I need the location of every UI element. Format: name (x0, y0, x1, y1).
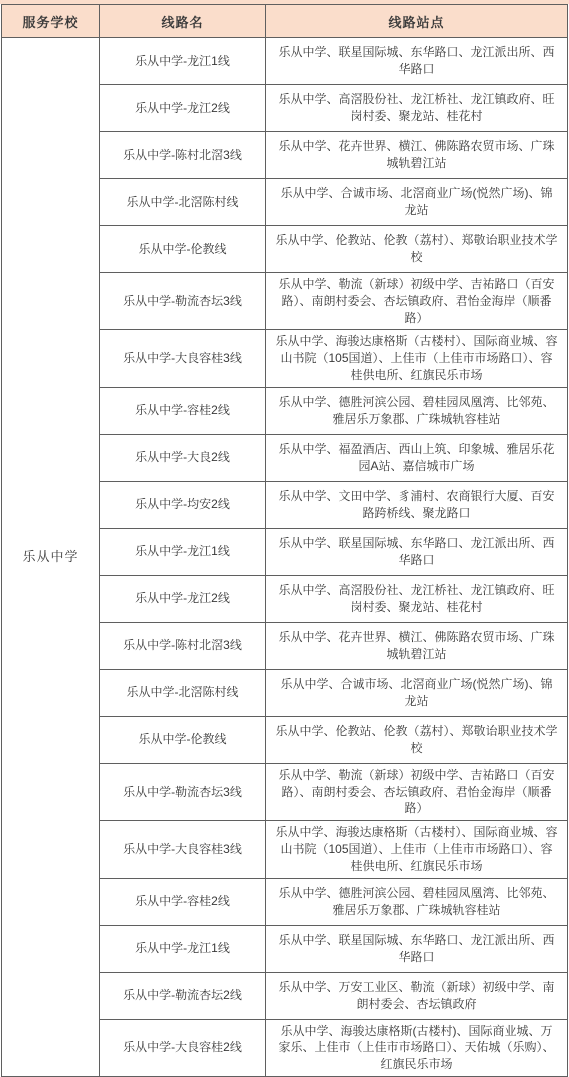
route-stops-cell: 乐从中学、勒流（新球）初级中学、吉祐路口（百安路）、南朗村委会、杏坛镇政府、君怡… (266, 273, 568, 330)
route-name-cell: 乐从中学-均安2线 (100, 481, 266, 528)
route-name-cell: 乐从中学-伦教线 (100, 716, 266, 763)
header-service-school: 服务学校 (2, 5, 100, 38)
route-stops-cell: 乐从中学、高滘股份社、龙江桥社、龙江镇政府、旺岗村委、聚龙站、桂花村 (266, 575, 568, 622)
route-name-cell: 乐从中学-伦教线 (100, 226, 266, 273)
route-name-cell: 乐从中学-大良2线 (100, 434, 266, 481)
route-name-cell: 乐从中学-陈村北滘3线 (100, 132, 266, 179)
route-name-cell: 乐从中学-大良容桂3线 (100, 821, 266, 878)
route-stops-cell: 乐从中学、联星国际城、东华路口、龙江派出所、西华路口 (266, 528, 568, 575)
route-name-cell: 乐从中学-勒流杏坛3线 (100, 763, 266, 820)
route-name-cell: 乐从中学-龙江2线 (100, 85, 266, 132)
route-name-cell: 乐从中学-北滘陈村线 (100, 669, 266, 716)
route-stops-cell: 乐从中学、德胜河滨公园、碧桂园凤凰湾、比邻苑、雅居乐万象郡、广珠城轨容桂站 (266, 387, 568, 434)
route-stops-cell: 乐从中学、勒流（新球）初级中学、吉祐路口（百安路）、南朗村委会、杏坛镇政府、君怡… (266, 763, 568, 820)
route-name-cell: 乐从中学-龙江1线 (100, 38, 266, 85)
route-stops-cell: 乐从中学、福盈酒店、西山上筑、印象城、雅居乐花园A站、嘉信城市广场 (266, 434, 568, 481)
route-name-cell: 乐从中学-勒流杏坛2线 (100, 972, 266, 1019)
header-row: 服务学校 线路名 线路站点 (2, 5, 568, 38)
route-stops-cell: 乐从中学、海骏达康格斯（古楼村）、国际商业城、容山书院（105国道）、上佳市（上… (266, 821, 568, 878)
route-name-cell: 乐从中学-陈村北滘3线 (100, 622, 266, 669)
header-route-stops: 线路站点 (266, 5, 568, 38)
route-stops-cell: 乐从中学、合诚市场、北滘商业广场(悦然广场)、锦龙站 (266, 669, 568, 716)
route-stops-cell: 乐从中学、万安工业区、勒流（新球）初级中学、南朗村委会、杏坛镇政府 (266, 972, 568, 1019)
route-name-cell: 乐从中学-容桂2线 (100, 387, 266, 434)
route-stops-cell: 乐从中学、花卉世界、横江、佛陈路农贸市场、广珠城轨碧江站 (266, 132, 568, 179)
route-name-cell: 乐从中学-北滘陈村线 (100, 179, 266, 226)
route-stops-cell: 乐从中学、联星国际城、东华路口、龙江派出所、西华路口 (266, 925, 568, 972)
table-row: 乐从中学乐从中学-龙江1线乐从中学、联星国际城、东华路口、龙江派出所、西华路口 (2, 38, 568, 85)
route-stops-cell: 乐从中学、花卉世界、横江、佛陈路农贸市场、广珠城轨碧江站 (266, 622, 568, 669)
header-route-name: 线路名 (100, 5, 266, 38)
route-name-cell: 乐从中学-龙江1线 (100, 528, 266, 575)
route-stops-cell: 乐从中学、海骏达康格斯(古楼村)、国际商业城、万家乐、上佳市（上佳市市场路口）、… (266, 1019, 568, 1076)
bus-routes-table: 服务学校 线路名 线路站点 乐从中学乐从中学-龙江1线乐从中学、联星国际城、东华… (1, 4, 568, 1077)
route-name-cell: 乐从中学-容桂2线 (100, 878, 266, 925)
route-name-cell: 乐从中学-龙江2线 (100, 575, 266, 622)
school-cell: 乐从中学 (2, 38, 100, 1077)
school-bus-routes-page: 服务学校 线路名 线路站点 乐从中学乐从中学-龙江1线乐从中学、联星国际城、东华… (0, 0, 569, 1077)
route-stops-cell: 乐从中学、文田中学、豸浦村、农商银行大厦、百安路跨桥线、聚龙路口 (266, 481, 568, 528)
route-name-cell: 乐从中学-龙江1线 (100, 925, 266, 972)
route-name-cell: 乐从中学-大良容桂3线 (100, 330, 266, 387)
route-stops-cell: 乐从中学、高滘股份社、龙江桥社、龙江镇政府、旺岗村委、聚龙站、桂花村 (266, 85, 568, 132)
route-stops-cell: 乐从中学、合诚市场、北滘商业广场(悦然广场)、锦龙站 (266, 179, 568, 226)
route-stops-cell: 乐从中学、德胜河滨公园、碧桂园凤凰湾、比邻苑、雅居乐万象郡、广珠城轨容桂站 (266, 878, 568, 925)
route-name-cell: 乐从中学-大良容桂2线 (100, 1019, 266, 1076)
route-stops-cell: 乐从中学、伦教站、伦教（荔村）、郑敬诒职业技术学校 (266, 716, 568, 763)
route-stops-cell: 乐从中学、伦教站、伦教（荔村）、郑敬诒职业技术学校 (266, 226, 568, 273)
route-stops-cell: 乐从中学、海骏达康格斯（古楼村）、国际商业城、容山书院（105国道）、上佳市（上… (266, 330, 568, 387)
route-stops-cell: 乐从中学、联星国际城、东华路口、龙江派出所、西华路口 (266, 38, 568, 85)
route-name-cell: 乐从中学-勒流杏坛3线 (100, 273, 266, 330)
